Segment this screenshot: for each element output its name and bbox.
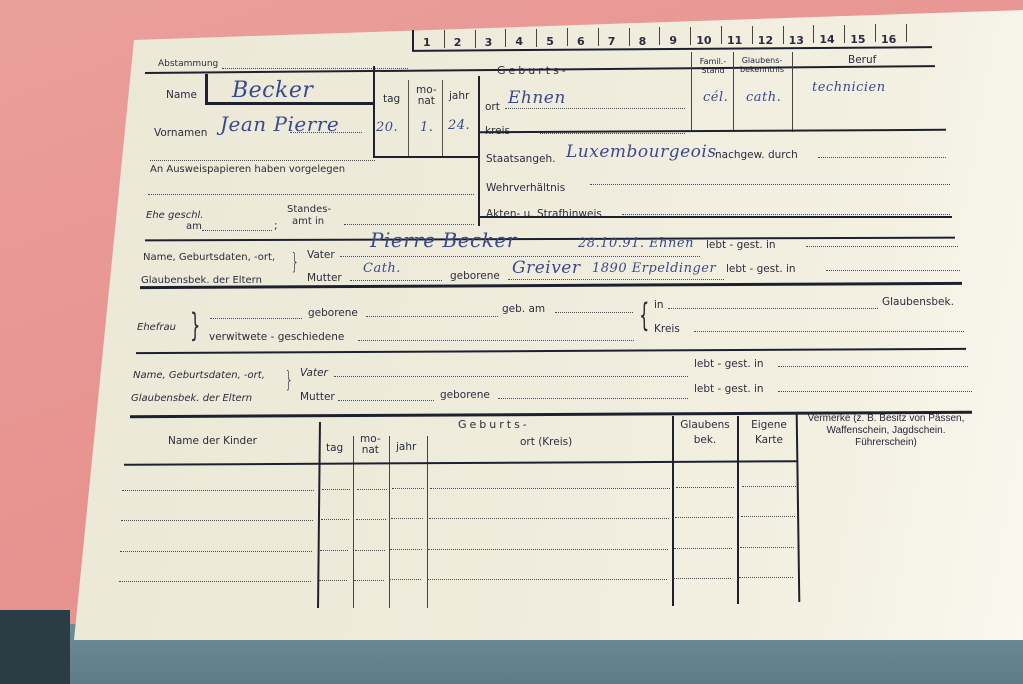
brace-icon: }	[190, 306, 200, 344]
parents2-label-2: Glaubensbek. der Eltern	[131, 393, 252, 404]
divider	[567, 28, 568, 46]
geborene-value: Greiver	[512, 258, 581, 278]
kind-monat-field[interactable]	[357, 489, 387, 490]
divider	[373, 66, 375, 158]
standesamt-label: amt in	[292, 216, 324, 227]
divider	[408, 80, 409, 158]
ehefrau-label: Ehefrau	[137, 322, 176, 333]
kind-karte-field[interactable]	[740, 547, 794, 548]
name-label: Name	[166, 89, 197, 101]
verwitwete-label: verwitwete - geschiedene	[209, 331, 344, 343]
kind-jahr-field[interactable]	[391, 518, 423, 519]
kind-name-field[interactable]	[122, 490, 314, 491]
lebt2-label: lebt - gest. in	[694, 358, 764, 370]
mutter-lebt-field[interactable]	[826, 270, 960, 271]
column-number: 10	[696, 34, 711, 47]
mutter-label: Mutter	[307, 272, 342, 284]
glaubens-value: cath.	[746, 90, 781, 105]
kinder-header: Name der Kinder	[168, 435, 257, 447]
kind-jahr-field[interactable]	[389, 579, 421, 580]
kind-ort-field[interactable]	[430, 488, 670, 489]
ehefrau-geborene-field[interactable]	[366, 316, 498, 317]
parents1-label-2: Glaubensbek. der Eltern	[141, 275, 262, 286]
vater-label: Vater	[307, 249, 335, 261]
kinder-jahr-header: jahr	[396, 441, 416, 453]
name-value: Becker	[232, 78, 313, 103]
verwitwete-field[interactable]	[358, 340, 634, 341]
divider	[629, 28, 630, 46]
nachgew-label: nachgew. durch	[715, 149, 798, 161]
kind-name-field[interactable]	[121, 520, 313, 521]
geburts-header: Geburts-	[497, 64, 569, 77]
kind-monat-field[interactable]	[354, 580, 384, 581]
brace-left-icon: {	[639, 296, 649, 334]
lebt-label: lebt - gest. in	[706, 239, 776, 251]
vater2-field[interactable]	[334, 376, 688, 377]
kind-tag-field[interactable]	[321, 519, 349, 520]
mutter2-field[interactable]	[338, 400, 434, 401]
lebt2-label-2: lebt - gest. in	[694, 383, 764, 395]
divider	[412, 30, 414, 50]
divider	[691, 52, 692, 132]
kind-tag-field[interactable]	[320, 550, 348, 551]
staatsangeh-value: Luxembourgeois	[566, 142, 717, 162]
glaubensbek-label: Glaubensbek.	[882, 296, 954, 308]
kind-ort-field[interactable]	[429, 518, 669, 519]
vater2-label: Vater	[300, 367, 328, 379]
ehefrau-name-field[interactable]	[210, 318, 302, 319]
tag-value: 20.	[376, 120, 398, 135]
beruf-label: Beruf	[848, 54, 876, 66]
divider	[783, 26, 784, 44]
kind-glaubens-field[interactable]	[674, 548, 732, 549]
geb-am-field[interactable]	[555, 312, 633, 313]
ort-label: ort	[485, 101, 500, 113]
column-number: 15	[850, 33, 865, 46]
ehefrau-geborene-label: geborene	[308, 307, 358, 319]
jahr-label: jahr	[449, 90, 469, 102]
kind-name-field[interactable]	[120, 551, 312, 552]
wehr-field[interactable]	[590, 184, 950, 185]
column-number: 9	[669, 34, 677, 47]
geb-am-label: geb. am	[502, 303, 545, 315]
jahr-value: 24.	[448, 118, 470, 133]
divider	[813, 25, 814, 43]
ort-value: Ehnen	[508, 88, 566, 108]
vater-lebt-field[interactable]	[806, 246, 958, 247]
akten-label: Akten- u. Strafhinweis	[486, 208, 602, 220]
ausweis-label: An Ausweispapieren haben vorgelegen	[150, 164, 345, 175]
column-number: 1	[423, 36, 431, 49]
divider	[659, 27, 660, 45]
standesamt-field[interactable]	[344, 224, 474, 225]
divider	[752, 26, 753, 44]
vornamen-field-2[interactable]	[150, 160, 375, 161]
vater-date-place: 28.10.91. Ehnen	[578, 236, 694, 251]
ehe-am-field[interactable]	[202, 230, 272, 231]
column-number: 2	[454, 36, 462, 49]
divider	[480, 216, 952, 218]
kind-karte-field[interactable]	[742, 486, 796, 487]
divider	[505, 29, 506, 47]
kind-glaubens-field[interactable]	[673, 578, 731, 579]
mutter2-label: Mutter	[300, 391, 335, 403]
kinder-ort-header: ort (Kreis)	[520, 436, 572, 448]
kinder-karte-header: EigeneKarte	[740, 418, 798, 448]
column-number: 8	[639, 35, 647, 48]
in-label: in	[654, 299, 664, 311]
tag-label: tag	[383, 93, 400, 105]
divider	[792, 52, 793, 132]
ausweis-field[interactable]	[148, 194, 474, 195]
column-number: 16	[881, 33, 896, 46]
mutter-field[interactable]	[350, 280, 442, 281]
divider	[373, 156, 478, 158]
famil-stand-value: cél.	[703, 90, 728, 105]
kind-monat-field[interactable]	[356, 519, 386, 520]
kind-jahr-field[interactable]	[390, 549, 422, 550]
divider	[478, 76, 480, 226]
column-number: 7	[608, 35, 616, 48]
kind-monat-field[interactable]	[355, 550, 385, 551]
famil-stand-label: Famil.-Stand	[693, 57, 733, 75]
column-number: 4	[515, 35, 523, 48]
geborene-field[interactable]	[508, 279, 724, 280]
kind-karte-field[interactable]	[739, 577, 793, 578]
ehe-label: Ehe geschl.	[146, 210, 204, 221]
parents2-label-1: Name, Geburtsdaten, -ort,	[133, 370, 265, 381]
kind-jahr-field[interactable]	[392, 488, 424, 489]
kinder-monat-header: mo-nat	[360, 434, 381, 456]
divider	[442, 80, 443, 158]
abstammung-label: Abstammung	[158, 59, 218, 69]
column-number: 3	[485, 36, 493, 49]
beruf-value: technicien	[812, 80, 886, 95]
kind-tag-field[interactable]	[322, 489, 350, 490]
kind-glaubens-field[interactable]	[676, 487, 734, 488]
mutter-year-place: 1890 Erpeldinger	[592, 261, 716, 276]
divider	[875, 24, 876, 42]
column-number: 5	[546, 35, 554, 48]
divider	[536, 29, 537, 47]
vornamen-field[interactable]	[290, 132, 362, 133]
brace-icon: }	[285, 368, 293, 393]
kreis-field[interactable]	[540, 133, 685, 134]
column-number: 11	[727, 34, 742, 47]
geborene2-label: geborene	[440, 389, 490, 401]
lebt-label-2: lebt - gest. in	[726, 263, 796, 275]
glaubens-label: Glaubens-bekenntnis	[733, 56, 791, 74]
kinder-tag-header: tag	[326, 442, 343, 454]
vater-value: Pierre Becker	[370, 228, 517, 252]
ehefrau-in-field[interactable]	[668, 308, 878, 309]
divider	[906, 24, 907, 42]
ehefrau-kreis-field[interactable]	[694, 331, 964, 332]
kind-tag-field[interactable]	[319, 580, 347, 581]
kreis-label: Kreis	[654, 323, 680, 335]
mutter2-lebt-field[interactable]	[778, 391, 972, 392]
divider	[721, 26, 722, 44]
divider	[475, 30, 476, 48]
column-number: 12	[758, 34, 773, 47]
kind-ort-field[interactable]	[428, 549, 668, 550]
ehe-am-label: am	[186, 221, 202, 232]
divider	[690, 27, 691, 45]
standes-label: Standes-	[287, 204, 331, 215]
geborene-label: geborene	[450, 270, 500, 282]
kinder-geburts-header: Geburts-	[458, 418, 530, 431]
geburtsort-field[interactable]	[505, 108, 685, 109]
column-number: 13	[789, 34, 804, 47]
kind-ort-field[interactable]	[427, 579, 667, 580]
vermerke-label: Vermerke (z. B. Besitz von Pässen,Waffen…	[800, 413, 972, 449]
vornamen-label: Vornamen	[154, 127, 207, 139]
vater2-lebt-field[interactable]	[778, 366, 968, 367]
divider	[205, 74, 208, 104]
akten-field[interactable]	[622, 214, 950, 215]
mutter-value: Cath.	[363, 261, 401, 276]
column-number: 6	[577, 35, 585, 48]
geborene2-field[interactable]	[498, 398, 688, 399]
parents1-label-1: Name, Geburtsdaten, -ort,	[143, 252, 275, 263]
divider	[737, 416, 739, 604]
brace-icon: }	[291, 250, 299, 275]
column-number: 14	[819, 33, 834, 46]
kinder-glaubens-header: Glaubensbek.	[674, 418, 736, 448]
staatsangeh-label: Staatsangeh.	[486, 153, 555, 165]
abstammung-field[interactable]	[222, 68, 408, 69]
divider	[844, 25, 845, 43]
divider	[444, 30, 445, 48]
wehr-label: Wehrverhältnis	[486, 182, 565, 194]
divider	[598, 28, 599, 46]
monat-value: 1.	[420, 120, 433, 135]
folder-shadow	[0, 610, 70, 684]
vater-field[interactable]	[340, 256, 700, 257]
nachgew-field[interactable]	[818, 157, 946, 158]
monat-label: mo-nat	[416, 85, 437, 107]
kind-karte-field[interactable]	[741, 516, 795, 517]
semicolon: ;	[274, 220, 278, 232]
kind-name-field[interactable]	[119, 581, 311, 582]
kind-glaubens-field[interactable]	[675, 517, 733, 518]
